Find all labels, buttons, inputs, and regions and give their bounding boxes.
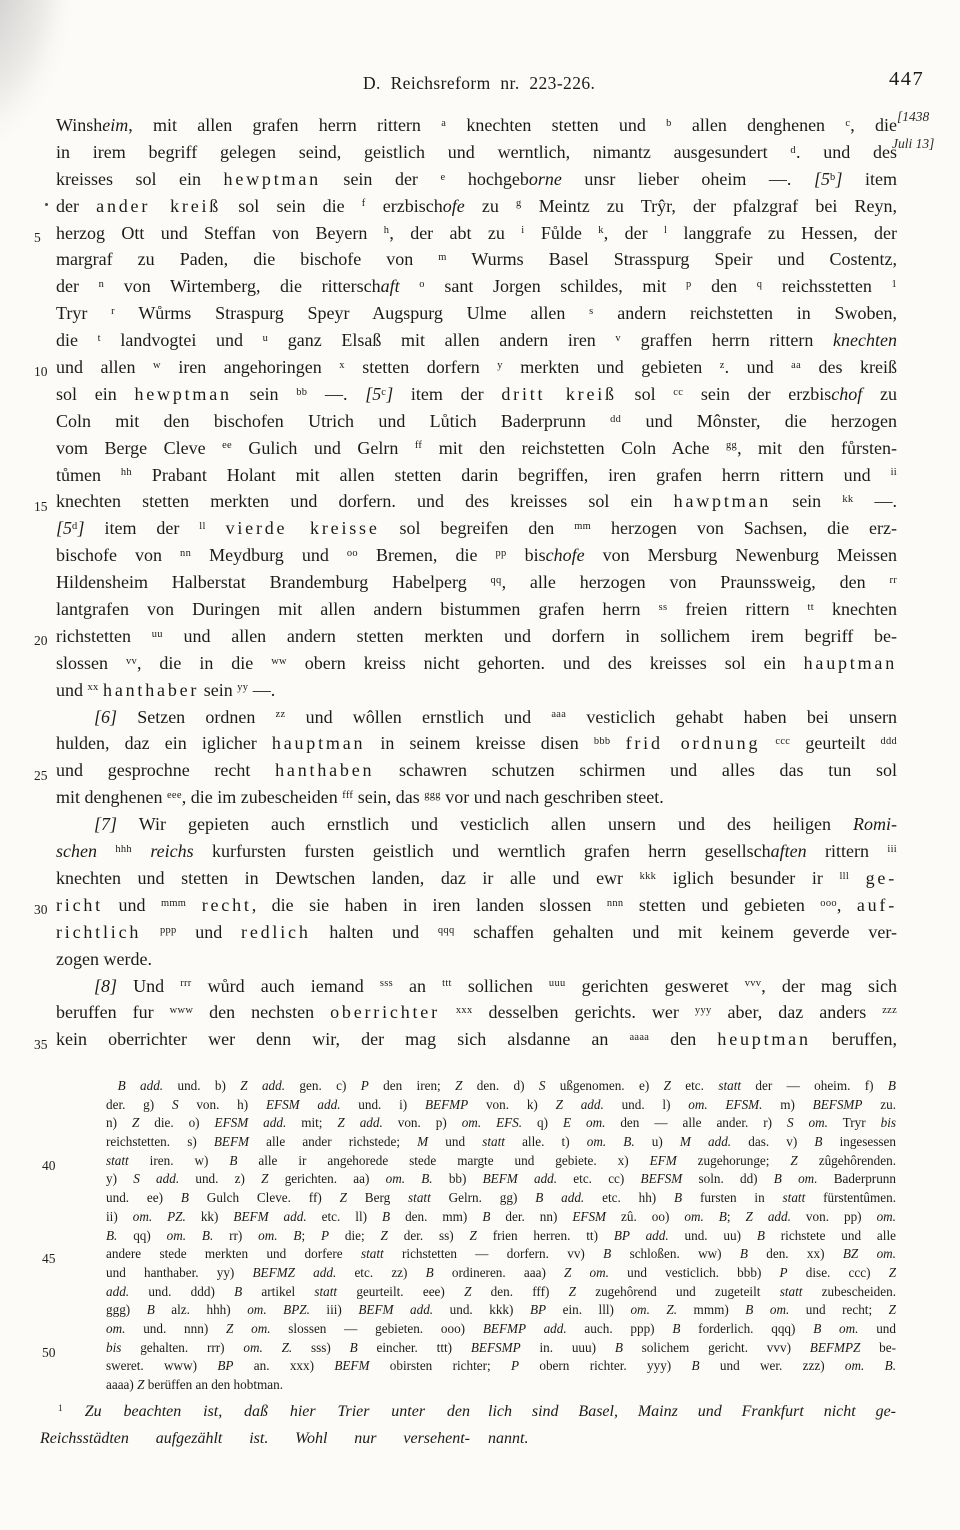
line-number: 25 xyxy=(34,763,48,790)
apparatus-line: und hanthaber. yy) BEFMZ add. etc. zz) B… xyxy=(106,1264,896,1283)
apparatus-line: und. ee) B Gulch Cleve. ff) Z Berg statt… xyxy=(106,1189,896,1208)
footnote-right-column: lich sind Basel, Mainz und Frankfurt nic… xyxy=(488,1398,896,1452)
page-number: 447 xyxy=(889,68,924,91)
apparatus-line: n) Z die. o) EFSM add. mit; Z add. von. … xyxy=(106,1114,896,1133)
text-line: vom Berge Cleve ee Gulich und Gelrn ff m… xyxy=(56,435,897,462)
apparatus-line: aaaa) Z berüffen an den hobtman. xyxy=(106,1376,896,1395)
margin-date-note: [1438 Juli 13] xyxy=(897,110,934,151)
text-line: in irem begriff gelegen seind, geistlich… xyxy=(56,139,897,166)
line-number: 50 xyxy=(42,1344,56,1363)
text-line: der n von Wirtemberg, die ritterschaft o… xyxy=(56,273,897,300)
apparatus-line: sweret. www) BP an. xxx) BEFM obirsten r… xyxy=(106,1357,896,1376)
footnote-line: lich sind Basel, Mainz und Frankfurt nic… xyxy=(488,1398,896,1425)
text-line: und xx hanthaber sein yy —. xyxy=(56,677,897,704)
scan-artifact-dot xyxy=(45,203,48,206)
line-number: 45 xyxy=(42,1250,56,1269)
line-number: 10 xyxy=(34,359,48,386)
line-number: 35 xyxy=(34,1032,48,1059)
text-line: kein oberrichter wer denn wir, der mag s… xyxy=(56,1026,897,1053)
text-line: beruffen fur www den nechsten oberrichte… xyxy=(56,999,897,1026)
text-line: mit denghenen eee, die im zubescheiden f… xyxy=(56,784,897,811)
apparatus-line: andere stede merkten und dorfere statt r… xyxy=(106,1245,896,1264)
text-line: knechten und stetten in Dewtschen landen… xyxy=(56,865,897,892)
text-line: Hildensheim Halberstat Brandemburg Habel… xyxy=(56,569,897,596)
page: D. Reichsreform nr. 223-226. 447 [1438 J… xyxy=(0,0,960,1530)
text-line: lantgrafen von Duringen mit allen andern… xyxy=(56,596,897,623)
text-line: tůmen hh Prabant Holant mit allen stette… xyxy=(56,462,897,489)
text-line: margraf zu Paden, die bischofe von m Wur… xyxy=(56,246,897,273)
text-line: knechten stetten merkten und dorfern. un… xyxy=(56,488,897,515)
text-line: [7] Wir gepieten auch ernstlich und vest… xyxy=(56,811,897,838)
margin-date-line1: [1438 xyxy=(897,110,934,124)
apparatus-line: reichstetten. s) BEFM alle ander richste… xyxy=(106,1133,896,1152)
apparatus-line: ii) om. PZ. kk) BEFM add. etc. ll) B den… xyxy=(106,1208,896,1227)
apparatus-line: ggg) B alz. hhh) om. BPZ. iii) BEFM add.… xyxy=(106,1301,896,1320)
apparatus-line: y) S add. und. z) Z gerichten. aa) om. B… xyxy=(106,1170,896,1189)
running-head: D. Reichsreform nr. 223-226. xyxy=(363,73,595,94)
text-line: Coln mit den bischofen Utrich und Lůtich… xyxy=(56,408,897,435)
apparatus-line: a) B add. und. b) Z add. gen. c) P den i… xyxy=(106,1077,896,1096)
text-line: [8] Und rrr wůrd auch iemand sss an ttt … xyxy=(56,973,897,1000)
apparatus-line: B. qq) om. B. rr) om. B; P die; Z der. s… xyxy=(106,1227,896,1246)
footnote-line: 1 Zu beachten ist, daß hier Trier unter … xyxy=(40,1398,470,1425)
apparatus-line: statt iren. w) B alle ir angehorede sted… xyxy=(106,1152,896,1171)
text-line: hulden, daz ein iglicher hauptman in sei… xyxy=(56,730,897,757)
apparatus-line: bis gehalten. rrr) om. Z. sss) B eincher… xyxy=(106,1339,896,1358)
text-line: schen hhh reichs kurfursten fursten geis… xyxy=(56,838,897,865)
text-line: und gesprochne recht hanthaben schawren … xyxy=(56,757,897,784)
text-line: sol ein hewptman sein bb —. [5c] item de… xyxy=(56,381,897,408)
text-line: die t landvogtei und u ganz Elsaß mit al… xyxy=(56,327,897,354)
line-number: 30 xyxy=(34,897,48,924)
apparatus-line: om. und. nnn) Z om. slossen — gebieten. … xyxy=(106,1320,896,1339)
apparatus: a) B add. und. b) Z add. gen. c) P den i… xyxy=(106,1077,896,1395)
line-number: 40 xyxy=(42,1157,56,1176)
line-number: 15 xyxy=(34,494,48,521)
text-line: richt und mmm recht, die sie haben in ir… xyxy=(56,892,897,919)
footnote-line: nannt. xyxy=(488,1425,896,1452)
footnote-line: Reichsstädten aufgezählt ist. Wohl nur v… xyxy=(40,1425,470,1452)
apparatus-line: add. und. ddd) B artikel statt geurteilt… xyxy=(106,1283,896,1302)
text-line: und allen w iren angehoringen x stetten … xyxy=(56,354,897,381)
footnote-left-column: 1 Zu beachten ist, daß hier Trier unter … xyxy=(40,1398,470,1452)
text-line: zogen werde. xyxy=(56,946,897,973)
text-line: richtlich ppp und redlich halten und qqq… xyxy=(56,919,897,946)
text-line: Winsheim, mit allen grafen herrn rittern… xyxy=(56,112,897,139)
apparatus-line: der. g) S von. h) EFSM add. und. i) BEFM… xyxy=(106,1096,896,1115)
text-line: Tryr r Wůrms Straspurg Speyr Augspurg Ul… xyxy=(56,300,897,327)
text-line: kreisses sol ein hewptman sein der e hoc… xyxy=(56,166,897,193)
line-number: 5 xyxy=(34,225,41,252)
text-line: slossen vv, die in die ww obern kreiss n… xyxy=(56,650,897,677)
margin-date-line2: Juli 13] xyxy=(892,137,934,151)
text-line: richstetten uu und allen andern stetten … xyxy=(56,623,897,650)
text-line: herzog Ott und Steffan von Beyern h, der… xyxy=(56,220,897,247)
line-number: 20 xyxy=(34,628,48,655)
text-line: bischofe von nn Meydburg und oo Bremen, … xyxy=(56,542,897,569)
main-text: Winsheim, mit allen grafen herrn rittern… xyxy=(56,112,897,1053)
text-line: [6] Setzen ordnen zz und wôllen ernstlic… xyxy=(56,704,897,731)
text-line: der ander kreiß sol sein die f erzbischo… xyxy=(56,193,897,220)
text-line: [5d] item der ll vierde kreisse sol begr… xyxy=(56,515,897,542)
